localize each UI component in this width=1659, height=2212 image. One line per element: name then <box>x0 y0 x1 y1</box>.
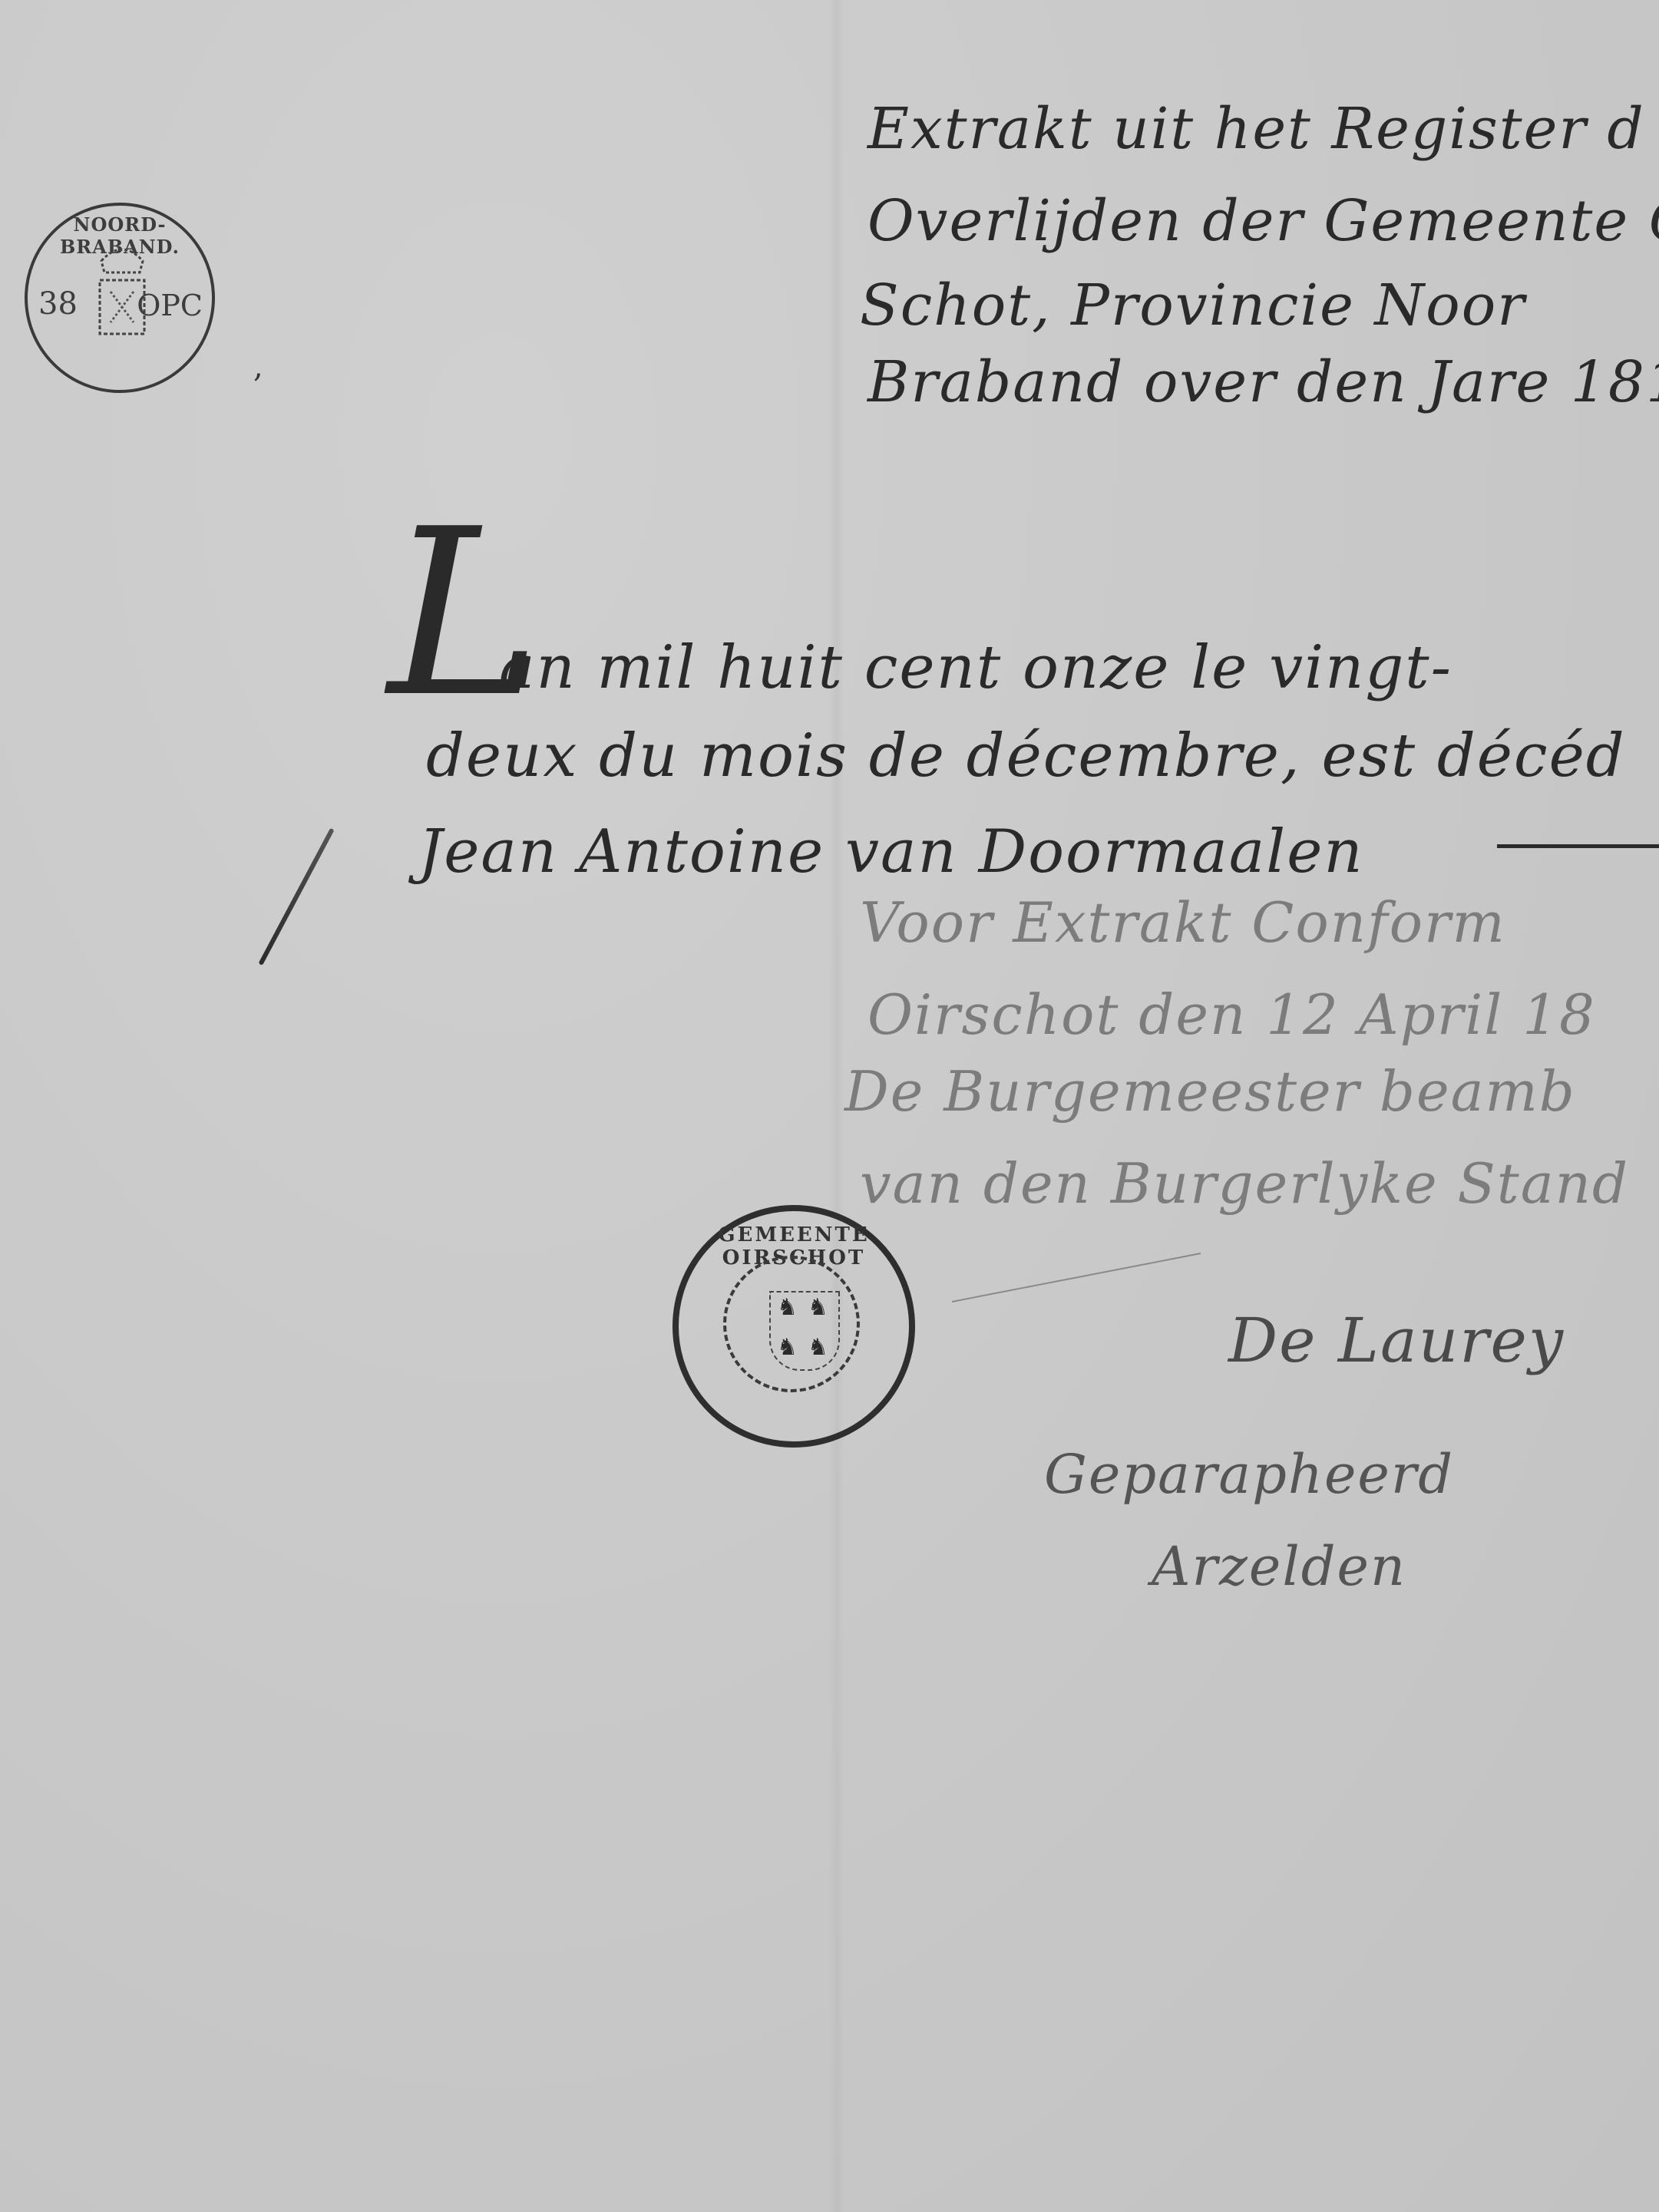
paraph-label: Geparapheerd <box>1044 1443 1454 1506</box>
lion-icon: ♞ <box>808 1294 828 1321</box>
certification-line-4: van den Burgerlyke Stand <box>860 1151 1629 1216</box>
certification-line-1: Voor Extrakt Conform <box>860 890 1506 955</box>
lion-icon: ♞ <box>777 1294 798 1321</box>
paraph-signature: Arzelden <box>1152 1535 1406 1598</box>
stamp-value-left: 38 <box>38 286 78 322</box>
header-line-3: Schot, Provincie Noor <box>860 272 1526 338</box>
header-line-1: Extrakt uit het Register d <box>868 96 1645 162</box>
mayor-signature: De Laurey <box>1228 1305 1565 1376</box>
comma-mark: , <box>253 349 263 385</box>
certification-line-3: De Burgemeester beamb <box>844 1059 1576 1124</box>
certification-line-2: Oirschot den 12 April 18 <box>868 982 1596 1047</box>
signature-stroke <box>952 1253 1201 1302</box>
lion-icon: ♞ <box>808 1334 828 1361</box>
noord-braband-tax-stamp: NOORD-BRABAND. 38 OPC <box>25 203 215 393</box>
body-line-2: deux du mois de décembre, est décéd <box>426 721 1626 791</box>
closing-dash <box>1497 844 1659 848</box>
header-line-4: Braband over den Jare 181 <box>868 349 1659 415</box>
lion-icon: ♞ <box>777 1334 798 1361</box>
flourish-stroke <box>258 828 334 966</box>
gemeente-oirschot-seal: GEMEENTE OIRSCHOT ♞ ♞ ♞ ♞ <box>673 1205 915 1448</box>
header-line-2: Overlijden der Gemeente Oir <box>868 188 1659 254</box>
body-line-1: an mil huit cent onze le vingt- <box>499 633 1452 702</box>
stamp-value-right: OPC <box>137 289 203 322</box>
document-page: NOORD-BRABAND. 38 OPC , Extrakt uit het … <box>0 0 1659 2212</box>
body-line-3: Jean Antoine van Doormaalen <box>418 817 1364 886</box>
